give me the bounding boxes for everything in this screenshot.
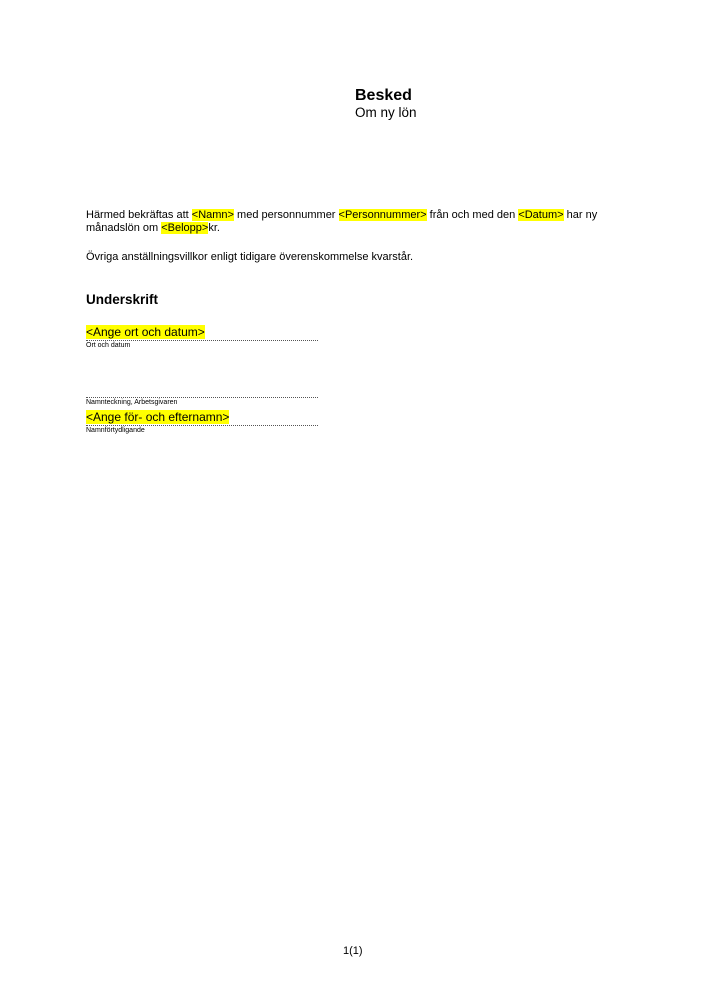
employer-signature-label: Namnteckning, Arbetsgivaren [86,399,177,407]
document-subtitle: Om ny lön [355,105,417,121]
page-number: 1(1) [343,945,363,958]
place-date-field-wrapper: <Ange ort och datum> [86,325,205,339]
name-clarification-label: Namnförtydligande [86,427,145,435]
text-segment: Härmed bekräftas att [86,209,192,221]
field-namn[interactable]: <Namn> [192,209,234,221]
field-datum[interactable]: <Datum> [518,209,563,221]
name-field[interactable]: <Ange för- och efternamn> [86,410,229,424]
document-title: Besked [355,86,412,105]
place-date-line [86,340,318,341]
terms-paragraph: Övriga anställningsvillkor enligt tidiga… [86,251,646,264]
name-clarification-line [86,425,318,426]
place-date-field[interactable]: <Ange ort och datum> [86,325,205,339]
confirmation-paragraph: Härmed bekräftas att <Namn> med personnu… [86,209,646,235]
employer-signature-line[interactable] [86,397,318,398]
text-segment: kr. [208,222,220,234]
field-personnummer[interactable]: <Personnummer> [339,209,427,221]
name-field-wrapper: <Ange för- och efternamn> [86,410,229,424]
place-date-label: Ort och datum [86,342,130,350]
text-segment: med personnummer [234,209,339,221]
field-belopp[interactable]: <Belopp> [161,222,208,234]
text-segment: från och med den [427,209,519,221]
document-page: Besked Om ny lön Härmed bekräftas att <N… [0,0,707,1000]
signature-heading: Underskrift [86,292,158,308]
